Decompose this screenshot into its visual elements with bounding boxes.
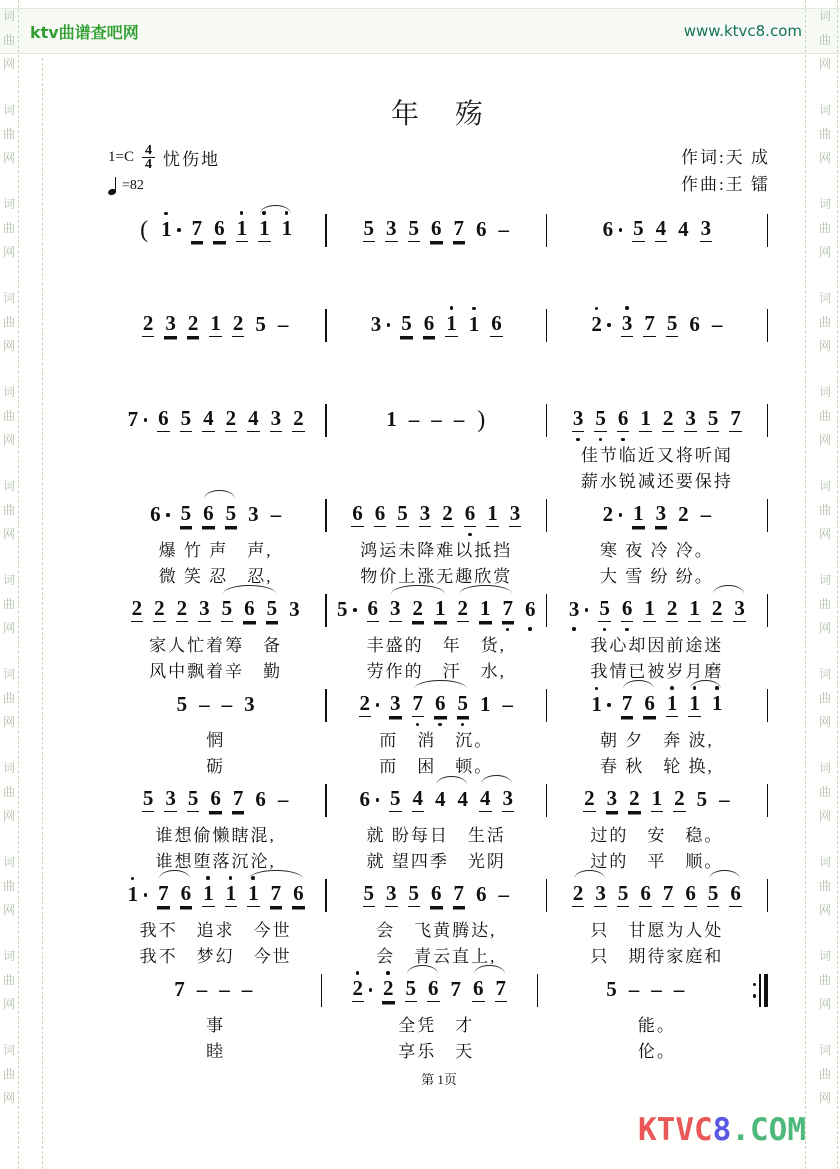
rail-char: 词 (1, 98, 17, 122)
note-token: 5 (632, 218, 645, 242)
barline (546, 879, 548, 912)
note-token: 3 (733, 598, 746, 622)
note-token: 6 (524, 599, 537, 622)
left-rail: 词曲网词曲网词曲网词曲网词曲网词曲网词曲网词曲网词曲网词曲网词曲网词曲网 (1, 4, 17, 1169)
note-token: 2 (292, 408, 305, 432)
octave-dot-below (468, 533, 472, 537)
note-token: 1 (590, 694, 603, 717)
octave-dot-below (438, 723, 442, 727)
note-token: 7 (453, 883, 466, 907)
note-token: 3 (572, 408, 585, 432)
note-token: 5 (696, 789, 709, 812)
rail-char: 网 (1, 710, 17, 734)
measure: 23756– (549, 313, 764, 337)
lyric-cell: 鸿运未降难以抵挡 (329, 538, 544, 563)
right-dashed-line (805, 0, 806, 1169)
note-token: 5 (598, 598, 611, 622)
note-token: 6 (475, 219, 488, 242)
barline (767, 404, 769, 437)
augmentation-dot (369, 988, 373, 992)
quarter-note-icon (108, 177, 118, 194)
rail-char: 曲 (1, 216, 17, 240)
lyric-cell: 微 笑 忍 忍, (108, 564, 323, 589)
octave-dot-above (206, 876, 210, 880)
note-token: 6 (243, 598, 256, 622)
measure: 535676– (329, 218, 544, 242)
note-token: 7 (621, 693, 634, 717)
octave-dot-above (450, 306, 454, 310)
note-token: 6 (423, 313, 436, 337)
measure: 17611176 (108, 883, 323, 907)
measure: 535676– (329, 883, 544, 907)
note-token: 5 (336, 599, 349, 622)
rail-char: 曲 (817, 122, 833, 146)
lyric-row: 我不 追求 今世会 飞黄腾达,只 甘愿为人处 (108, 918, 770, 943)
rail-char: 网 (817, 334, 833, 358)
note-token: 5 (180, 408, 193, 432)
lyric-row: 家人忙着筹 备丰盛的 年 货,我心却因前途迷 (108, 633, 770, 658)
slur-group: 176 (247, 883, 305, 907)
lyric-cell: 而 困 顿。 (329, 754, 544, 779)
sheet: 年 殇 1=C 4 4 忧伤地 =82 作词:天 成 作曲:王 镭 (17611… (108, 0, 770, 1088)
note-token: 6 (729, 883, 742, 907)
rail-char: 曲 (817, 968, 833, 992)
rail-char: 网 (1, 522, 17, 546)
octave-dot-below (461, 723, 465, 727)
note-token: 6 (602, 219, 615, 242)
note-token: 6 (688, 314, 701, 337)
lyric-cell: 就 望四季 光阴 (329, 849, 544, 874)
lyric-cell: 伦。 (549, 1039, 764, 1064)
augmentation-dot (607, 703, 611, 707)
rail-char: 曲 (817, 498, 833, 522)
measure: 7––– (108, 979, 319, 1002)
note-token: – (711, 314, 724, 337)
key-signature: 1=C (108, 149, 134, 166)
note-token: 5 (605, 979, 618, 1002)
note-token: 2 (382, 978, 395, 1002)
score-system: 7–––22567675–––事全凭 才能。睦享乐 天伦。 (108, 968, 770, 1063)
rail-char: 网 (1, 334, 17, 358)
score-system: 5––3237651–176111惘而 消 沉。朝 夕 奔 波,砺而 困 顿。春… (108, 683, 770, 778)
barline (546, 404, 548, 437)
lyric-cell: 而 消 沉。 (329, 728, 544, 753)
note-token: 1 (127, 884, 140, 907)
augmentation-dot (376, 798, 380, 802)
measure: 1–––) (329, 408, 544, 432)
note-token: 2 (662, 408, 675, 432)
lyric-cell: 我不 追求 今世 (108, 918, 323, 943)
rail-char: 网 (817, 1086, 833, 1110)
note-token: 5 (176, 694, 189, 717)
note-token: 2 (187, 313, 200, 337)
note-token: 3 (370, 314, 383, 337)
right-rail: 词曲网词曲网词曲网词曲网词曲网词曲网词曲网词曲网词曲网词曲网词曲网词曲网 (817, 4, 833, 1169)
notation-row: 765424321–––)35612357 (108, 398, 770, 442)
note-token: 6 (643, 693, 656, 717)
note-token: – (430, 409, 443, 432)
note-token: 3 (243, 694, 256, 717)
slur-group: 11 (688, 693, 723, 717)
rail-char: 曲 (1, 122, 17, 146)
note-token: 1 (632, 503, 645, 527)
lyric-cell: 谁想堕落沉沦, (108, 849, 323, 874)
note-token: 4 (457, 789, 470, 812)
rail-char: 词 (817, 756, 833, 780)
barline (546, 214, 548, 247)
rail-char: 曲 (1, 968, 17, 992)
note-token: – (196, 979, 209, 1002)
page-number: 第 1页 (108, 1069, 770, 1088)
note-token: ) (475, 408, 487, 432)
slur-group: 23 (572, 883, 607, 907)
note-token: 5 (594, 408, 607, 432)
lyric-row: 佳节临近又将听闻 (108, 443, 770, 468)
rail-char: 曲 (1, 874, 17, 898)
lyric-cell: 佳节临近又将听闻 (549, 443, 764, 468)
note-token: – (453, 409, 466, 432)
lyric-cell: 丰盛的 年 货, (329, 633, 544, 658)
rail-char: 词 (817, 380, 833, 404)
note-token: 2 (352, 978, 365, 1002)
note-token: 3 (385, 218, 398, 242)
note-token: 6 (202, 503, 215, 527)
note-token: 2 (153, 598, 166, 622)
lyric-row: 谁想偷懒瞎混,就 盼每日 生活过的 安 稳。 (108, 823, 770, 848)
augmentation-dot (376, 703, 380, 707)
note-token: 2 (359, 693, 372, 717)
octave-dot-below (603, 628, 607, 632)
lyric-cell: 全凭 才 (329, 1013, 544, 1038)
note-token: 3 (164, 313, 177, 337)
barline (546, 784, 548, 817)
note-token: 1 (202, 883, 215, 907)
rail-char: 词 (817, 1038, 833, 1062)
barline (546, 689, 548, 722)
barline (767, 214, 769, 247)
note-token: 1 (639, 408, 652, 432)
note-token: 4 (412, 788, 425, 812)
measure: 232125– (108, 313, 323, 337)
rail-char: 曲 (817, 310, 833, 334)
lyric-row: 事全凭 才能。 (108, 1013, 770, 1038)
rail-char: 曲 (817, 28, 833, 52)
note-token: 6 (359, 789, 372, 812)
note-token: 1 (688, 598, 701, 622)
note-token: 1 (468, 314, 481, 337)
note-token: 6 (684, 883, 697, 907)
rail-char: 词 (1, 1038, 17, 1062)
notation-row: 5––3237651–176111 (108, 683, 770, 727)
lyric-row: 睦享乐 天伦。 (108, 1039, 770, 1064)
augmentation-dot (177, 228, 181, 232)
lyric-cell: 睦 (108, 1039, 323, 1064)
octave-dot-below (599, 438, 603, 442)
rail-char: 网 (817, 146, 833, 170)
note-token: 7 (232, 788, 245, 812)
note-token: 6 (209, 788, 222, 812)
octave-dot-above (229, 876, 233, 880)
rail-char: 网 (1, 992, 17, 1016)
note-token: 2 (142, 313, 155, 337)
slur-group: 56 (707, 883, 742, 907)
lyric-cell: 过的 安 稳。 (549, 823, 764, 848)
octave-dot-above (715, 686, 719, 690)
note-token: 6 (157, 408, 170, 432)
measure: 22235653 (108, 598, 323, 622)
note-token: 6 (621, 598, 634, 622)
left-dashed-line (18, 0, 19, 1169)
note-token: 5 (389, 788, 402, 812)
slur-group: 56 (405, 978, 440, 1002)
note-token: 6 (254, 789, 267, 812)
note-token: 3 (288, 599, 301, 622)
note-token: 3 (502, 788, 515, 812)
note-token: – (218, 979, 231, 1002)
lyric-cell: 会 飞黄腾达, (329, 918, 544, 943)
octave-dot-above (595, 687, 599, 691)
augmentation-dot (619, 228, 623, 232)
measure: 176111 (549, 693, 764, 717)
note-token: 1 (209, 313, 222, 337)
rail-char: 网 (817, 710, 833, 734)
score-system: (176111535676–65443 (108, 208, 770, 303)
slur-group: 43 (479, 788, 514, 812)
octave-dot-above (693, 686, 697, 690)
rail-char: 网 (1, 52, 17, 76)
barline (767, 784, 769, 817)
note-token: 5 (707, 883, 720, 907)
note-token: 6 (617, 408, 630, 432)
score-systems: (176111535676–65443232125–35611623756–76… (108, 208, 770, 1063)
song-title: 年 殇 (108, 96, 770, 134)
note-token: 6 (472, 978, 485, 1002)
time-signature-bottom: 4 (142, 158, 155, 171)
note-token: 6 (351, 503, 364, 527)
augmentation-dot (607, 323, 611, 327)
rail-char: 词 (817, 98, 833, 122)
slur-group: 76 (621, 693, 656, 717)
lyric-cell: 风中飘着辛 勤 (108, 659, 323, 684)
octave-dot-above (262, 211, 266, 215)
note-token: 3 (164, 788, 177, 812)
barline (546, 499, 548, 532)
note-token: – (502, 694, 515, 717)
score-system: 2223565356321217635612123家人忙着筹 备丰盛的 年 货,… (108, 588, 770, 683)
note-token: 6 (149, 504, 162, 527)
barline (537, 974, 539, 1007)
note-token: 5 (221, 598, 234, 622)
note-token: 3 (389, 693, 402, 717)
key-tempo-block: 1=C 4 4 忧伤地 =82 (108, 144, 220, 194)
note-token: – (270, 504, 283, 527)
note-token: 1 (434, 598, 447, 622)
octave-dot-above (251, 876, 255, 880)
score-system: 535676–6544443232125–谁想偷懒瞎混,就 盼每日 生活过的 安… (108, 778, 770, 873)
rail-char: 曲 (817, 592, 833, 616)
note-token: 6 (367, 598, 380, 622)
note-token: 3 (389, 598, 402, 622)
notation-row: (176111535676–65443 (108, 208, 770, 252)
watermark-logo: KTVC8.COM (638, 1112, 806, 1148)
note-token: – (198, 694, 211, 717)
note-token: 2 (572, 883, 585, 907)
note-token: 4 (655, 218, 668, 242)
note-token: 1 (281, 218, 294, 242)
score-system: 765424321–––)35612357佳节临近又将听闻薪水锐减还要保持 (108, 398, 770, 493)
note-token: 5 (405, 978, 418, 1002)
measure: 6544443 (329, 788, 544, 812)
octave-dot-above (670, 686, 674, 690)
note-token: 4 (247, 408, 260, 432)
lyric-cell: 会 青云直上, (329, 944, 544, 969)
measure: 23567656 (549, 883, 764, 907)
augmentation-dot (585, 608, 589, 612)
barline (321, 974, 323, 1007)
note-token: 7 (643, 313, 656, 337)
note-token: 2 (602, 504, 615, 527)
rail-char: 网 (817, 240, 833, 264)
note-token: 7 (270, 883, 283, 907)
measure: 232125– (549, 788, 764, 812)
note-token: 7 (495, 978, 508, 1002)
left-inner-dashed-line (42, 58, 43, 1169)
rail-char: 网 (1, 1086, 17, 1110)
slur-group: 565 (221, 598, 279, 622)
augmentation-dot (166, 513, 170, 517)
measure: 5––3 (108, 694, 323, 717)
lyric-row: 微 笑 忍 忍,物价上涨无趣欣赏大 雪 纷 纷。 (108, 564, 770, 589)
slur-group: 765 (412, 693, 470, 717)
lyric-cell (108, 443, 323, 468)
augmentation-dot (387, 323, 391, 327)
note-token: 2 (590, 314, 603, 337)
note-token: 5 (363, 883, 376, 907)
rail-char: 词 (1, 192, 17, 216)
note-token: 5 (400, 313, 413, 337)
barline (767, 879, 769, 912)
barline (325, 214, 327, 247)
note-token: – (498, 219, 511, 242)
note-token: 7 (412, 693, 425, 717)
composer-credit: 作曲:王 镭 (681, 171, 770, 198)
note-token: 1 (225, 883, 238, 907)
rail-char: 词 (817, 192, 833, 216)
note-token: 6 (427, 978, 440, 1002)
rail-char: 网 (817, 992, 833, 1016)
note-token: 1 (479, 598, 492, 622)
lyric-row: 谁想堕落沉沦,就 望四季 光阴过的 平 顺。 (108, 849, 770, 874)
slur-group: 65 (202, 503, 237, 527)
note-token: 3 (198, 598, 211, 622)
lyric-cell: 我心却因前途迷 (549, 633, 764, 658)
note-token: 6 (430, 883, 443, 907)
note-token: 1 (236, 218, 249, 242)
octave-dot-above (386, 971, 390, 975)
note-token: 7 (450, 979, 463, 1002)
lyric-row: 惘而 消 沉。朝 夕 奔 波, (108, 728, 770, 753)
octave-dot-above (285, 211, 289, 215)
note-token: 1 (247, 883, 260, 907)
lyric-cell: 爆 竹 声 声, (108, 538, 323, 563)
note-token: 4 (434, 789, 447, 812)
slur-group: 67 (472, 978, 507, 1002)
note-token: 1 (479, 694, 492, 717)
note-token: 4 (479, 788, 492, 812)
watermark-part: KTVC (638, 1112, 713, 1148)
lyric-cell: 惘 (108, 728, 323, 753)
lyric-cell: 寒 夜 冷 冷。 (549, 538, 764, 563)
note-token: 5 (666, 313, 679, 337)
note-token: 6 (180, 883, 193, 907)
slur-group: 44 (434, 789, 469, 812)
note-token: 2 (225, 408, 238, 432)
notation-row: 535676–6544443232125– (108, 778, 770, 822)
augmentation-dot (144, 418, 148, 422)
rail-char: 词 (1, 756, 17, 780)
note-token: 3 (509, 503, 522, 527)
measure: 2132– (549, 503, 764, 527)
note-token: 2 (441, 503, 454, 527)
barline (767, 499, 769, 532)
rail-char: 词 (1, 4, 17, 28)
measure: 66532613 (329, 503, 544, 527)
rail-char: 曲 (817, 874, 833, 898)
rail-char: 网 (1, 240, 17, 264)
rail-char: 词 (1, 944, 17, 968)
watermark-part: .COM (731, 1112, 806, 1148)
note-token: 2 (131, 598, 144, 622)
rail-char: 词 (1, 850, 17, 874)
notation-row: 65653–665326132132– (108, 493, 770, 537)
rail-char: 曲 (1, 686, 17, 710)
rail-char: 曲 (817, 780, 833, 804)
barline (325, 879, 327, 912)
note-token: 3 (700, 218, 713, 242)
page: { "header": { "site_name": "ktv曲谱查吧网", "… (0, 0, 840, 1169)
note-token: 5 (457, 693, 470, 717)
rail-char: 网 (817, 804, 833, 828)
barline (325, 499, 327, 532)
octave-dot-below (528, 627, 532, 631)
note-token: 7 (453, 218, 466, 242)
note-token: 2 (232, 313, 245, 337)
lyric-cell: 事 (108, 1013, 323, 1038)
note-token: 2 (673, 788, 686, 812)
slur-group: 217 (457, 598, 515, 622)
rail-char: 词 (1, 286, 17, 310)
rail-char: 词 (817, 662, 833, 686)
note-token: 2 (677, 504, 690, 527)
note-token: – (277, 314, 290, 337)
octave-dot-below (625, 628, 629, 632)
note-token: 6 (490, 313, 503, 337)
measure: 2256767 (324, 978, 535, 1002)
barline (325, 309, 327, 342)
note-token: 5 (707, 408, 720, 432)
barline (325, 594, 327, 627)
note-token: 6 (430, 218, 443, 242)
notation-row: 17611176535676–23567656 (108, 873, 770, 917)
measure: 535676– (108, 788, 323, 812)
barline (767, 309, 769, 342)
rail-char: 网 (817, 428, 833, 452)
score-system: 17611176535676–23567656我不 追求 今世会 飞黄腾达,只 … (108, 873, 770, 968)
note-token: 5 (142, 788, 155, 812)
lyric-cell: 我不 梦幻 今世 (108, 944, 323, 969)
slur-arc (407, 965, 438, 974)
rail-char: 词 (1, 380, 17, 404)
